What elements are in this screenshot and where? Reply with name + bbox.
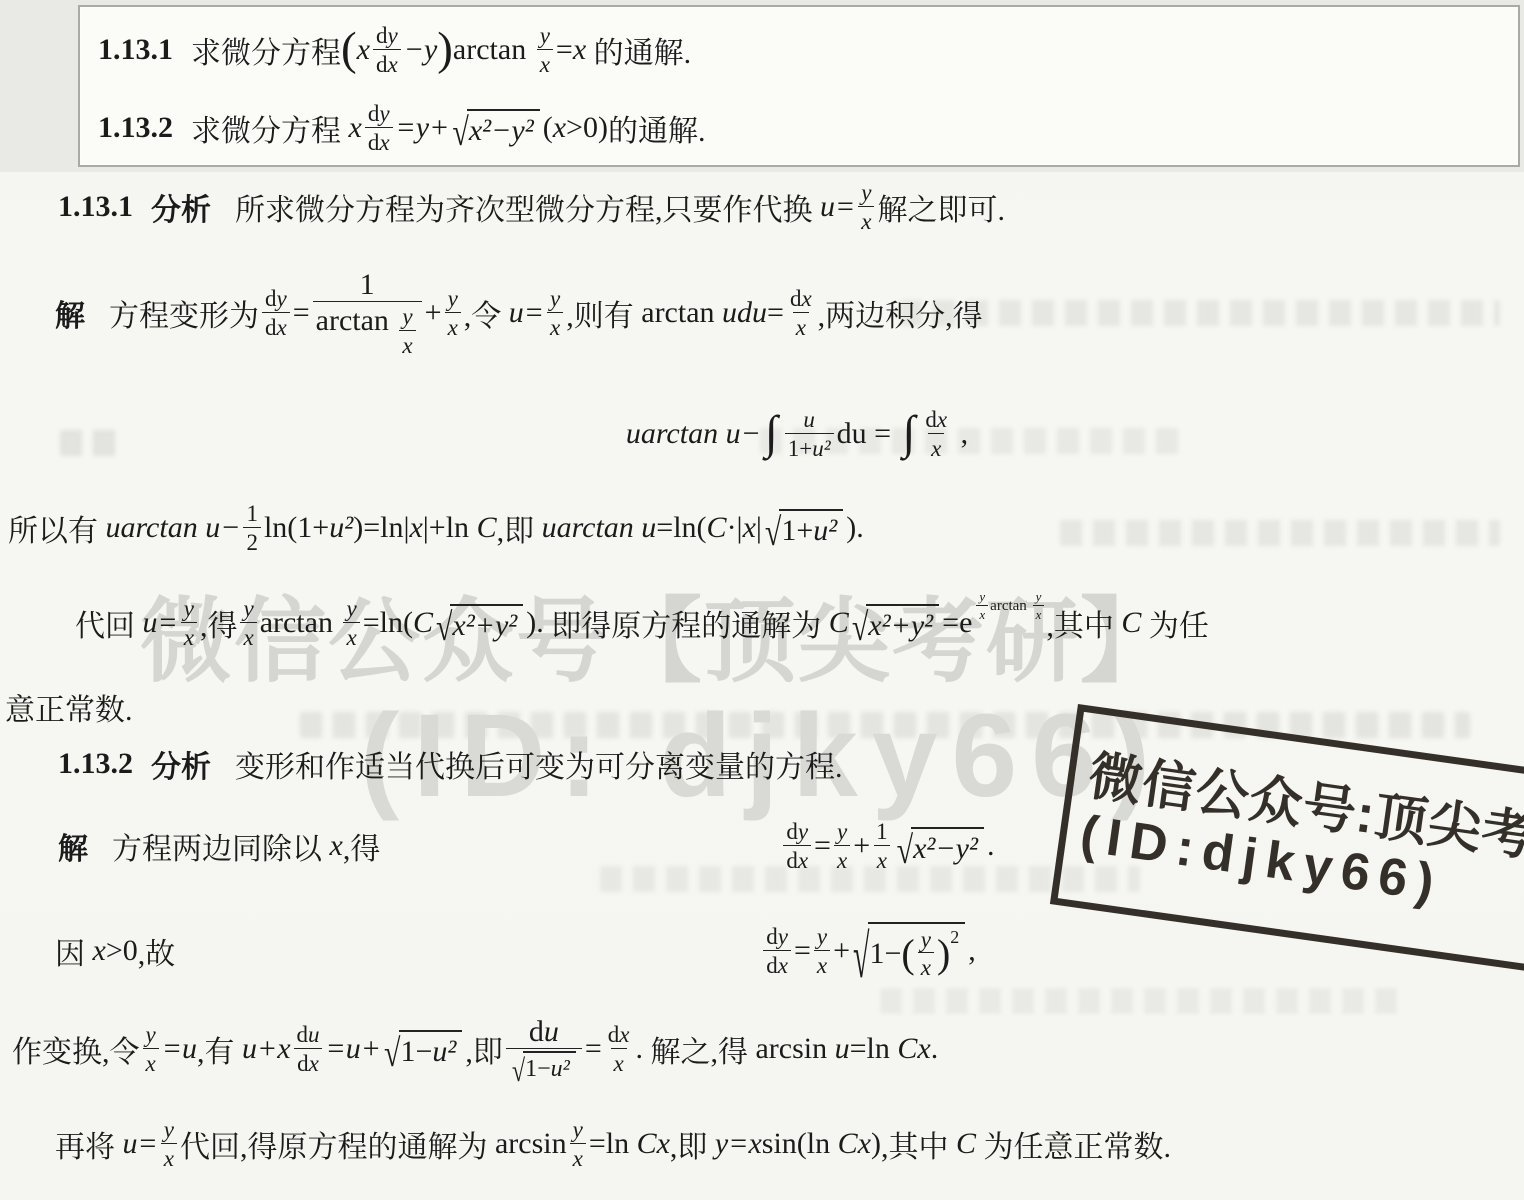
bleed-through-artifact (1060, 520, 1500, 546)
text-run: 因 (55, 929, 93, 973)
math-run: =u (162, 1032, 197, 1066)
problem-1-13-1-statement: 1.13.1求微分方程(xdydx−y)arctan yx=x 的通解. (98, 13, 691, 87)
problem-1-13-2-statement: 1.13.2求微分方程 xdydx=y+√x²−y²(x>0)的通解. (98, 95, 705, 161)
text-run: ,得 (200, 601, 238, 645)
fraction-du-dx: dudx (294, 1022, 323, 1076)
right-paren: ) (437, 31, 453, 69)
math-var: C (477, 511, 497, 545)
text-run: , (968, 934, 976, 968)
math-run: = (293, 296, 310, 330)
math-run: >0 (106, 934, 138, 968)
text-run: ,故 (138, 929, 176, 973)
math-run: du (837, 417, 867, 451)
text-run: 方程两边同除以 (112, 824, 330, 868)
text-run: 为任意正常数. (976, 1122, 1171, 1166)
math-run: y=x (715, 1127, 762, 1161)
math-run: | (756, 511, 762, 545)
fraction-y-x: yx (343, 596, 359, 650)
function-name: arctan (453, 33, 534, 67)
math-run: = (867, 417, 899, 451)
text-run: ,即 (670, 1122, 715, 1166)
fraction-dy-dx: dydx (763, 924, 791, 978)
math-run: uarctan u− (106, 511, 241, 545)
math-run: udu (722, 296, 767, 330)
function-name: arctan (260, 606, 341, 640)
result-line-1: 所以有 uarctan u−12ln(1+u²)=ln|x|+ln C,即 ua… (8, 485, 864, 571)
math-run: >0 (566, 111, 598, 145)
fraction-dy-dx: dydx (373, 23, 401, 77)
substitution-line: 作变换,令yx=u,有 u+xdudx=u+√1−u²,即du√1−u²=dxx… (12, 995, 938, 1103)
math-run: ·| (727, 511, 743, 545)
math-run: u= (509, 296, 544, 330)
fraction-y-x: yx (181, 596, 197, 650)
text-run: ,其中 (1046, 601, 1121, 645)
math-var: C (707, 511, 727, 545)
math-var: x (573, 33, 586, 67)
sqrt-x2-minus-y2: √x²−y² (897, 827, 984, 866)
fraction-dx-x: dxx (787, 286, 815, 340)
sqrt-x2-plus-y2: √x²+y² (436, 604, 523, 643)
text-run: 即得原方程的通解为 (551, 601, 829, 645)
exponent-y-x-arctan-y-x: yxarctan yx (974, 590, 1046, 622)
back-substitution-line: 代回 u=yx,得yxarctan yx=ln(C√x²+y²). 即得原方程的… (75, 577, 1209, 669)
text-run: 求微分方程 (191, 106, 349, 150)
fraction-y-x: yx (161, 1117, 177, 1171)
text-run: 意正常数. (5, 685, 133, 729)
analysis-label: 分析 (151, 742, 211, 786)
problem-number: 1.13.2 (58, 747, 133, 781)
paren: ) (598, 111, 608, 145)
math-run: |+ln (423, 511, 477, 545)
fraction-1-2: 12 (243, 501, 261, 555)
paren: ( (543, 111, 553, 145)
analysis-1-13-1: 1.13.1分析所求微分方程为齐次型微分方程,只要作代换 u=yx解之即可. (58, 175, 1005, 239)
fraction-y-x: yx (240, 596, 256, 650)
math-run: =ln( (363, 606, 413, 640)
continuation-line: 意正常数. (5, 686, 133, 728)
math-var: C (413, 606, 433, 640)
integral-sign: ∫ (765, 414, 778, 454)
text-run: 代回,得原方程的通解为 (180, 1122, 495, 1166)
solve-label: 解 (58, 824, 88, 868)
left-paren: ( (341, 31, 357, 69)
text-run: 所以有 (8, 506, 106, 550)
math-run: = (556, 33, 573, 67)
fraction-du-over-sqrt: du√1−u² (506, 1015, 582, 1082)
fraction-y-x: yx (814, 924, 830, 978)
text-run: 解之即可. (877, 185, 1005, 229)
text-run: ,两边积分,得 (818, 291, 983, 335)
math-var: x (553, 111, 566, 145)
math-var: x (330, 829, 343, 863)
math-run: u= (123, 1127, 158, 1161)
text-run: 解之,得 (650, 1027, 755, 1071)
since-x-positive-line: 因 x>0,故dydx=yx+√1−(yx)2, (55, 895, 976, 1007)
math-run: ). (846, 511, 864, 545)
problem-number: 1.13.1 (58, 190, 133, 224)
integral-sign: ∫ (903, 414, 916, 454)
math-var: u² (329, 511, 353, 545)
text-run: ,得 (343, 824, 381, 868)
text-run: ,令 (464, 291, 509, 335)
fraction-1-over-arctan: 1arctan yx (313, 268, 422, 358)
fraction-u-over-1pu2: u1+u² (785, 407, 834, 461)
math-run: u+x (242, 1032, 291, 1066)
math-run: Cx (637, 1127, 670, 1161)
text-run: ,则有 (566, 291, 641, 335)
math-run: u= (820, 190, 855, 224)
math-var: u (835, 1032, 850, 1066)
math-run: =y+ (396, 111, 450, 145)
math-var: C (956, 1127, 976, 1161)
text-run: 代回 (75, 601, 143, 645)
fraction-y-x: yx (537, 23, 553, 77)
math-run: = (814, 829, 831, 863)
text-run: ,其中 (881, 1122, 956, 1166)
problem-box: 1.13.1求微分方程(xdydx−y)arctan yx=x 的通解. 1.1… (78, 5, 1520, 167)
math-run: =ln (850, 1032, 898, 1066)
fraction-y-x: yx (143, 1022, 159, 1076)
math-run: . (987, 829, 995, 863)
fraction-dx-x: dxx (922, 407, 950, 461)
math-run: uarctan u (542, 511, 657, 545)
text-run: 作变换,令 (12, 1027, 140, 1071)
text-run: 的通解. (608, 106, 706, 150)
math-run: Cx (838, 1127, 871, 1161)
fraction-y-x: yx (570, 1117, 586, 1171)
text-run: ,即 (465, 1027, 503, 1071)
math-run: −y (404, 33, 438, 67)
fraction-y-x: yx (445, 286, 461, 340)
problem-number: 1.13.2 (98, 111, 173, 145)
solution-1-13-1: 解方程变形为dydx=1arctan yx+yx,令 u=yx,则有 arcta… (55, 257, 983, 369)
math-var: C (1121, 606, 1141, 640)
integral-equation: uarctan u−∫u1+u²du = ∫dxx , (0, 390, 1524, 478)
math-run: = (767, 296, 784, 330)
function-name: arcsin (495, 1127, 567, 1161)
math-run: =e (942, 606, 972, 640)
math-run: , (953, 417, 968, 451)
math-run: =ln (589, 1127, 637, 1161)
math-run: )=ln| (353, 511, 409, 545)
text-run: 为任 (1141, 601, 1209, 645)
math-run: + (833, 934, 850, 968)
sqrt-1-plus-u2: √1+u² (765, 509, 843, 548)
solution-1-13-2: 解方程两边同除以 x,得dydx=yx+1x√x²−y². (58, 798, 994, 894)
sqrt-1-minus-u2: √1−u² (384, 1030, 462, 1069)
function-name: arctan (641, 296, 722, 330)
fraction-dy-dx: dydx (783, 819, 811, 873)
fraction-dy-dx: dydx (262, 286, 290, 340)
text-run: 变形和作适当代换后可变为可分离变量的方程. (235, 742, 843, 786)
text-run: 再将 (55, 1122, 123, 1166)
sqrt-x2-plus-y2: √x²+y² (852, 604, 939, 643)
math-run: u= (143, 606, 178, 640)
math-var: x (357, 33, 370, 67)
math-run: = (794, 934, 811, 968)
math-var: x (349, 111, 362, 145)
math-run: Cx (897, 1032, 930, 1066)
math-var: x (409, 511, 422, 545)
fraction-y-x: yx (858, 180, 874, 234)
fraction-y-x: yx (834, 819, 850, 873)
math-run: ln(1+ (264, 511, 329, 545)
math-run: . (635, 1032, 650, 1066)
scanned-textbook-page: 微信公众号【顶尖考研】 (ID: djky66) 微信公众号:顶尖考研(ID:d… (0, 0, 1524, 1200)
fraction-y-x: yx (547, 286, 563, 340)
solve-label: 解 (55, 291, 85, 335)
math-var: C (829, 606, 849, 640)
math-run: =u+ (326, 1032, 382, 1066)
analysis-label: 分析 (151, 185, 211, 229)
math-run: sin(ln (762, 1127, 838, 1161)
text-run: ,即 (497, 506, 542, 550)
sqrt-1-minus-y-x-squared: √1−(yx)2 (853, 922, 965, 981)
math-run: ). (526, 606, 551, 640)
fraction-1-x: 1x (873, 819, 891, 873)
fraction-dx-x: dxx (605, 1022, 633, 1076)
text-run: ,有 (197, 1027, 242, 1071)
math-run: + (425, 296, 442, 330)
math-run: + (853, 829, 870, 863)
math-var: x (93, 934, 106, 968)
bleed-through-artifact (900, 300, 1500, 326)
text-run: 的通解. (586, 28, 691, 72)
fraction-dy-dx: dydx (365, 101, 393, 155)
text-run: 求微分方程 (191, 28, 341, 72)
final-answer-line: 再将 u=yx代回,得原方程的通解为 arcsinyx=ln Cx,即 y=xs… (55, 1100, 1171, 1188)
problem-number: 1.13.1 (98, 33, 173, 67)
text-run: 方程变形为 (109, 291, 259, 335)
math-run: ) (871, 1127, 881, 1161)
function-name: arcsin (755, 1032, 834, 1066)
sqrt-x2-minus-y2: √x²−y² (452, 109, 539, 148)
math-run: =ln( (656, 511, 706, 545)
math-var: x (743, 511, 756, 545)
math-run: . (931, 1032, 939, 1066)
math-run: = (585, 1032, 602, 1066)
text-run: 所求微分方程为齐次型微分方程,只要作代换 (235, 185, 820, 229)
analysis-1-13-2: 1.13.2分析变形和作适当代换后可变为可分离变量的方程. (58, 743, 843, 785)
stamp-wechat-account: 微信公众号:顶尖考研(ID:djky66) (1050, 704, 1524, 998)
math-run: uarctan u− (626, 417, 761, 451)
